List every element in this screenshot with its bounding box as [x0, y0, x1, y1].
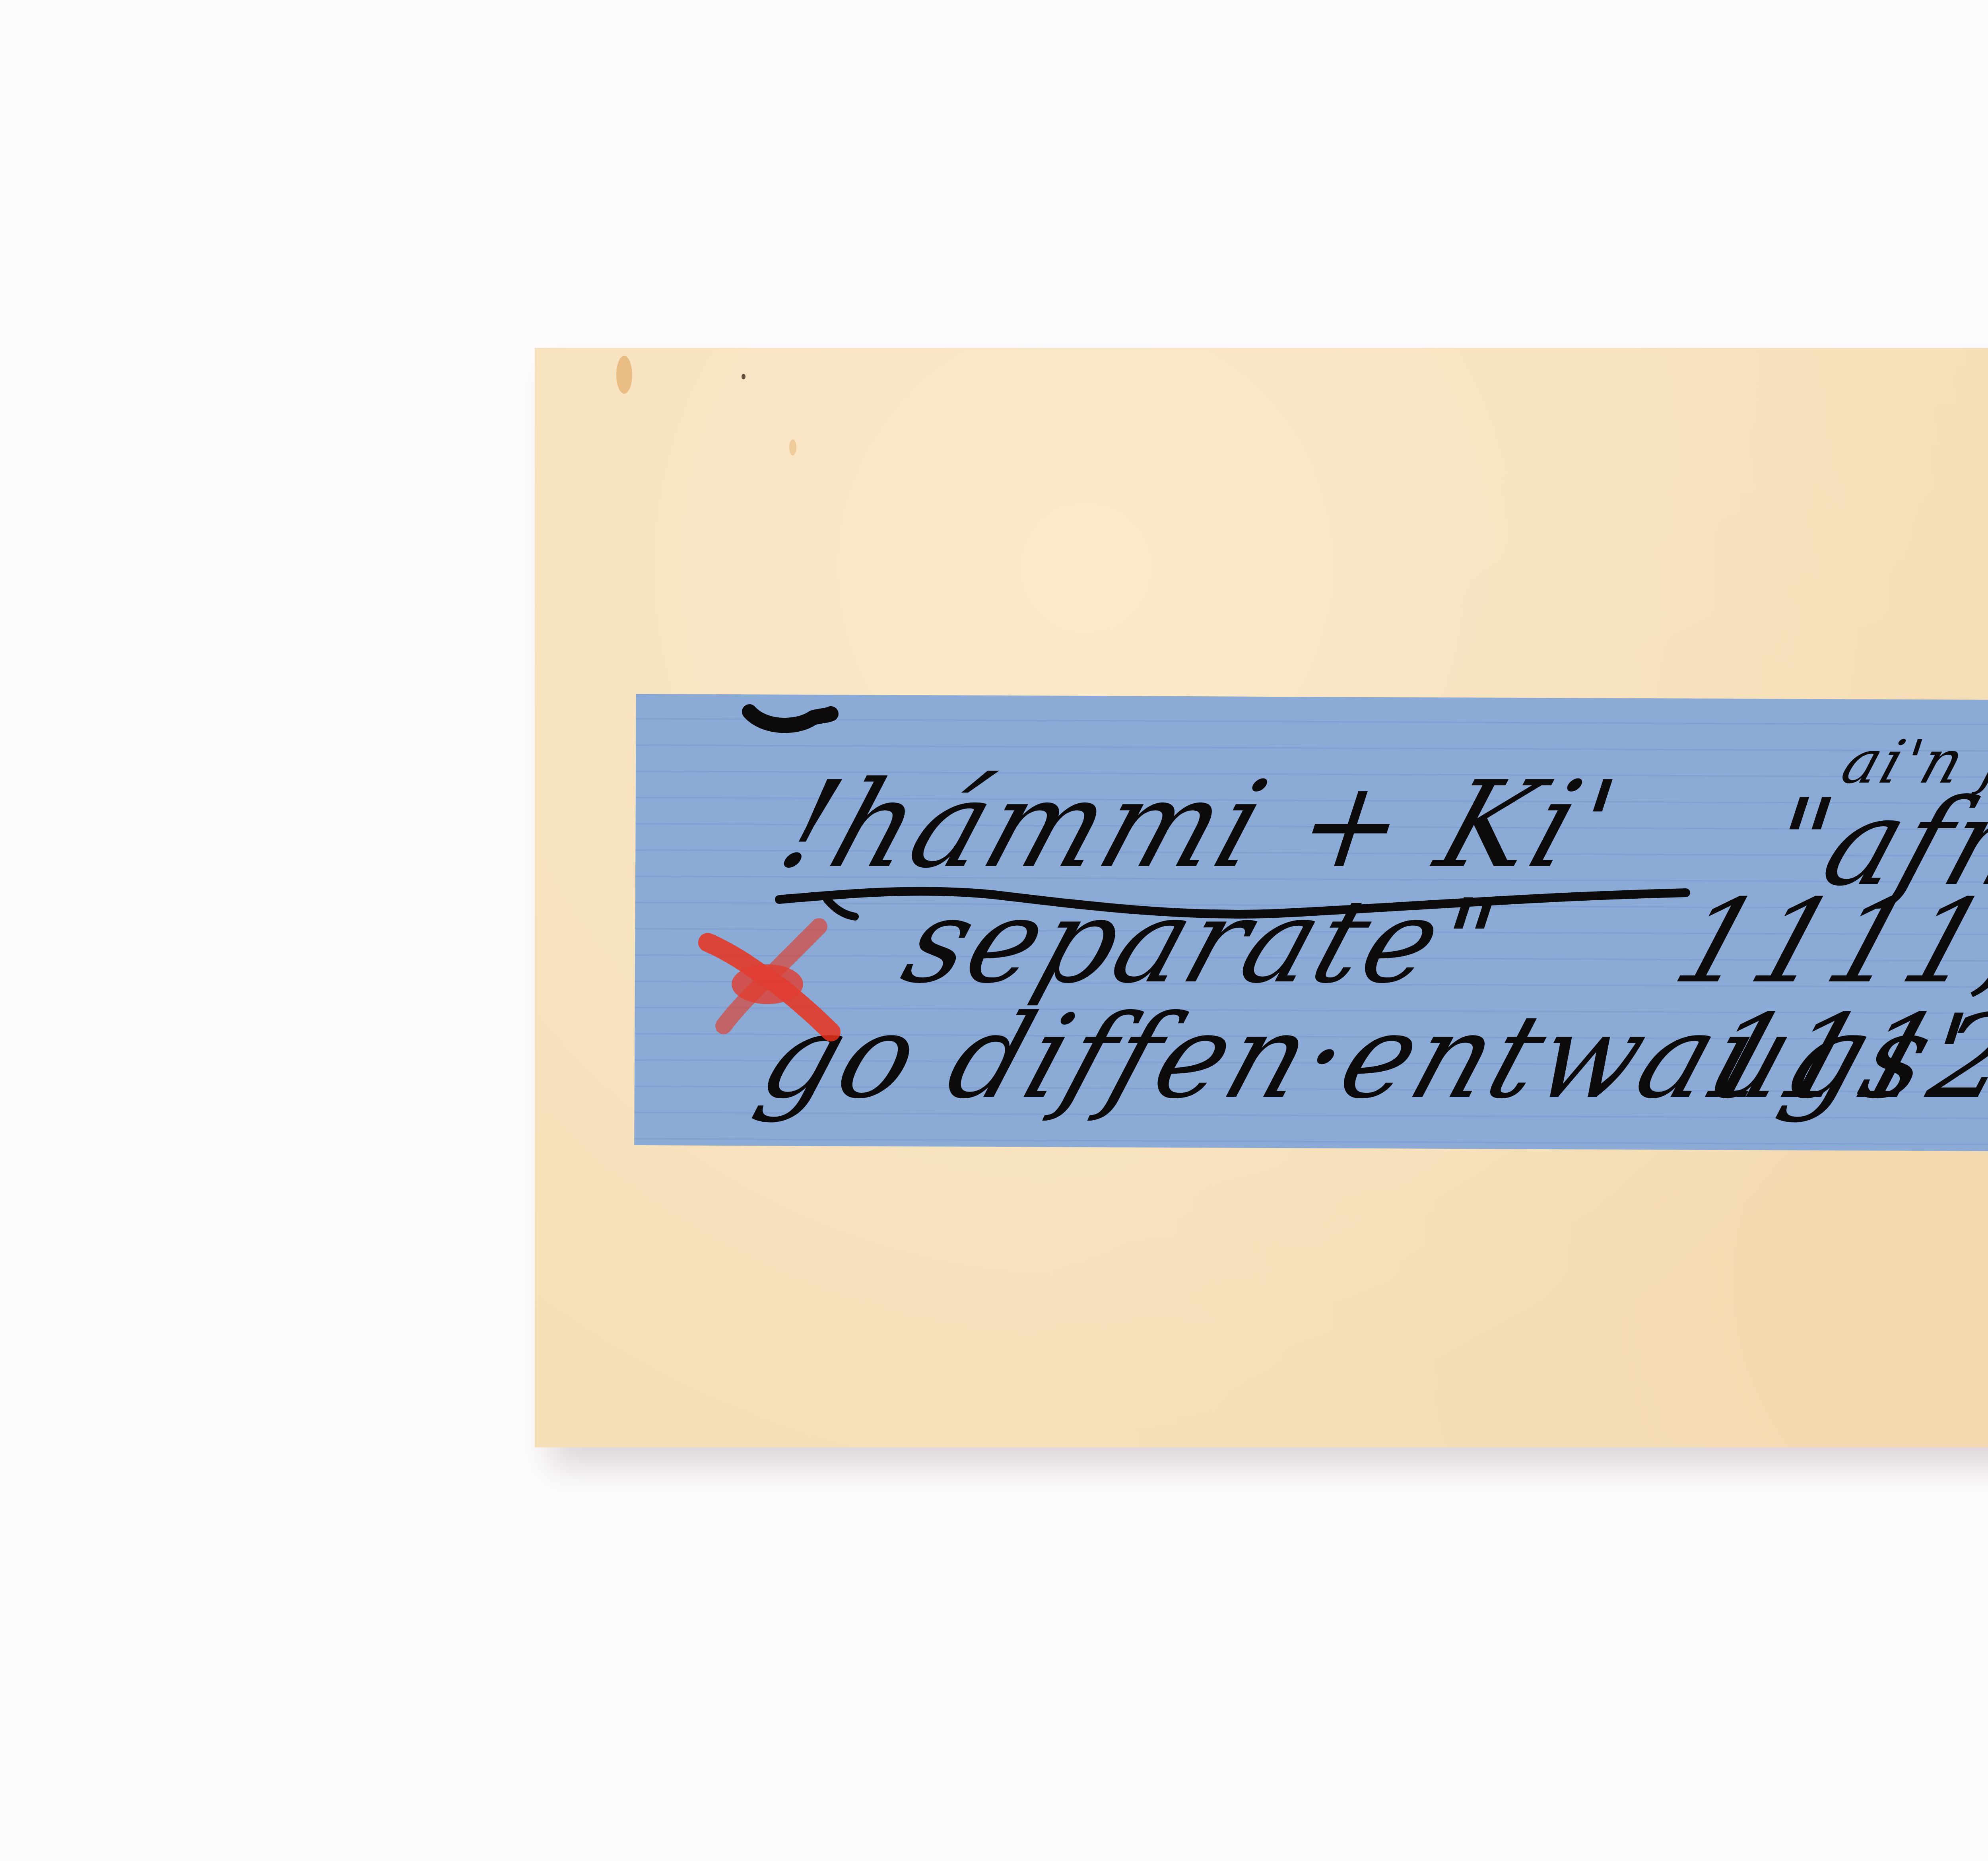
foxing-speck — [742, 374, 745, 379]
line1-superscript: ai'n flear — [1834, 728, 1988, 797]
line3-reference: 1112, 1; — [1688, 990, 1988, 1124]
line2-reference: 1111, 15; — [1660, 875, 1988, 1009]
line1-heading: !hámmi + Ki' — [765, 756, 1635, 894]
foxing-stain — [616, 356, 632, 394]
foxing-stain — [789, 439, 796, 455]
line2-word: separate" — [889, 875, 1515, 1009]
